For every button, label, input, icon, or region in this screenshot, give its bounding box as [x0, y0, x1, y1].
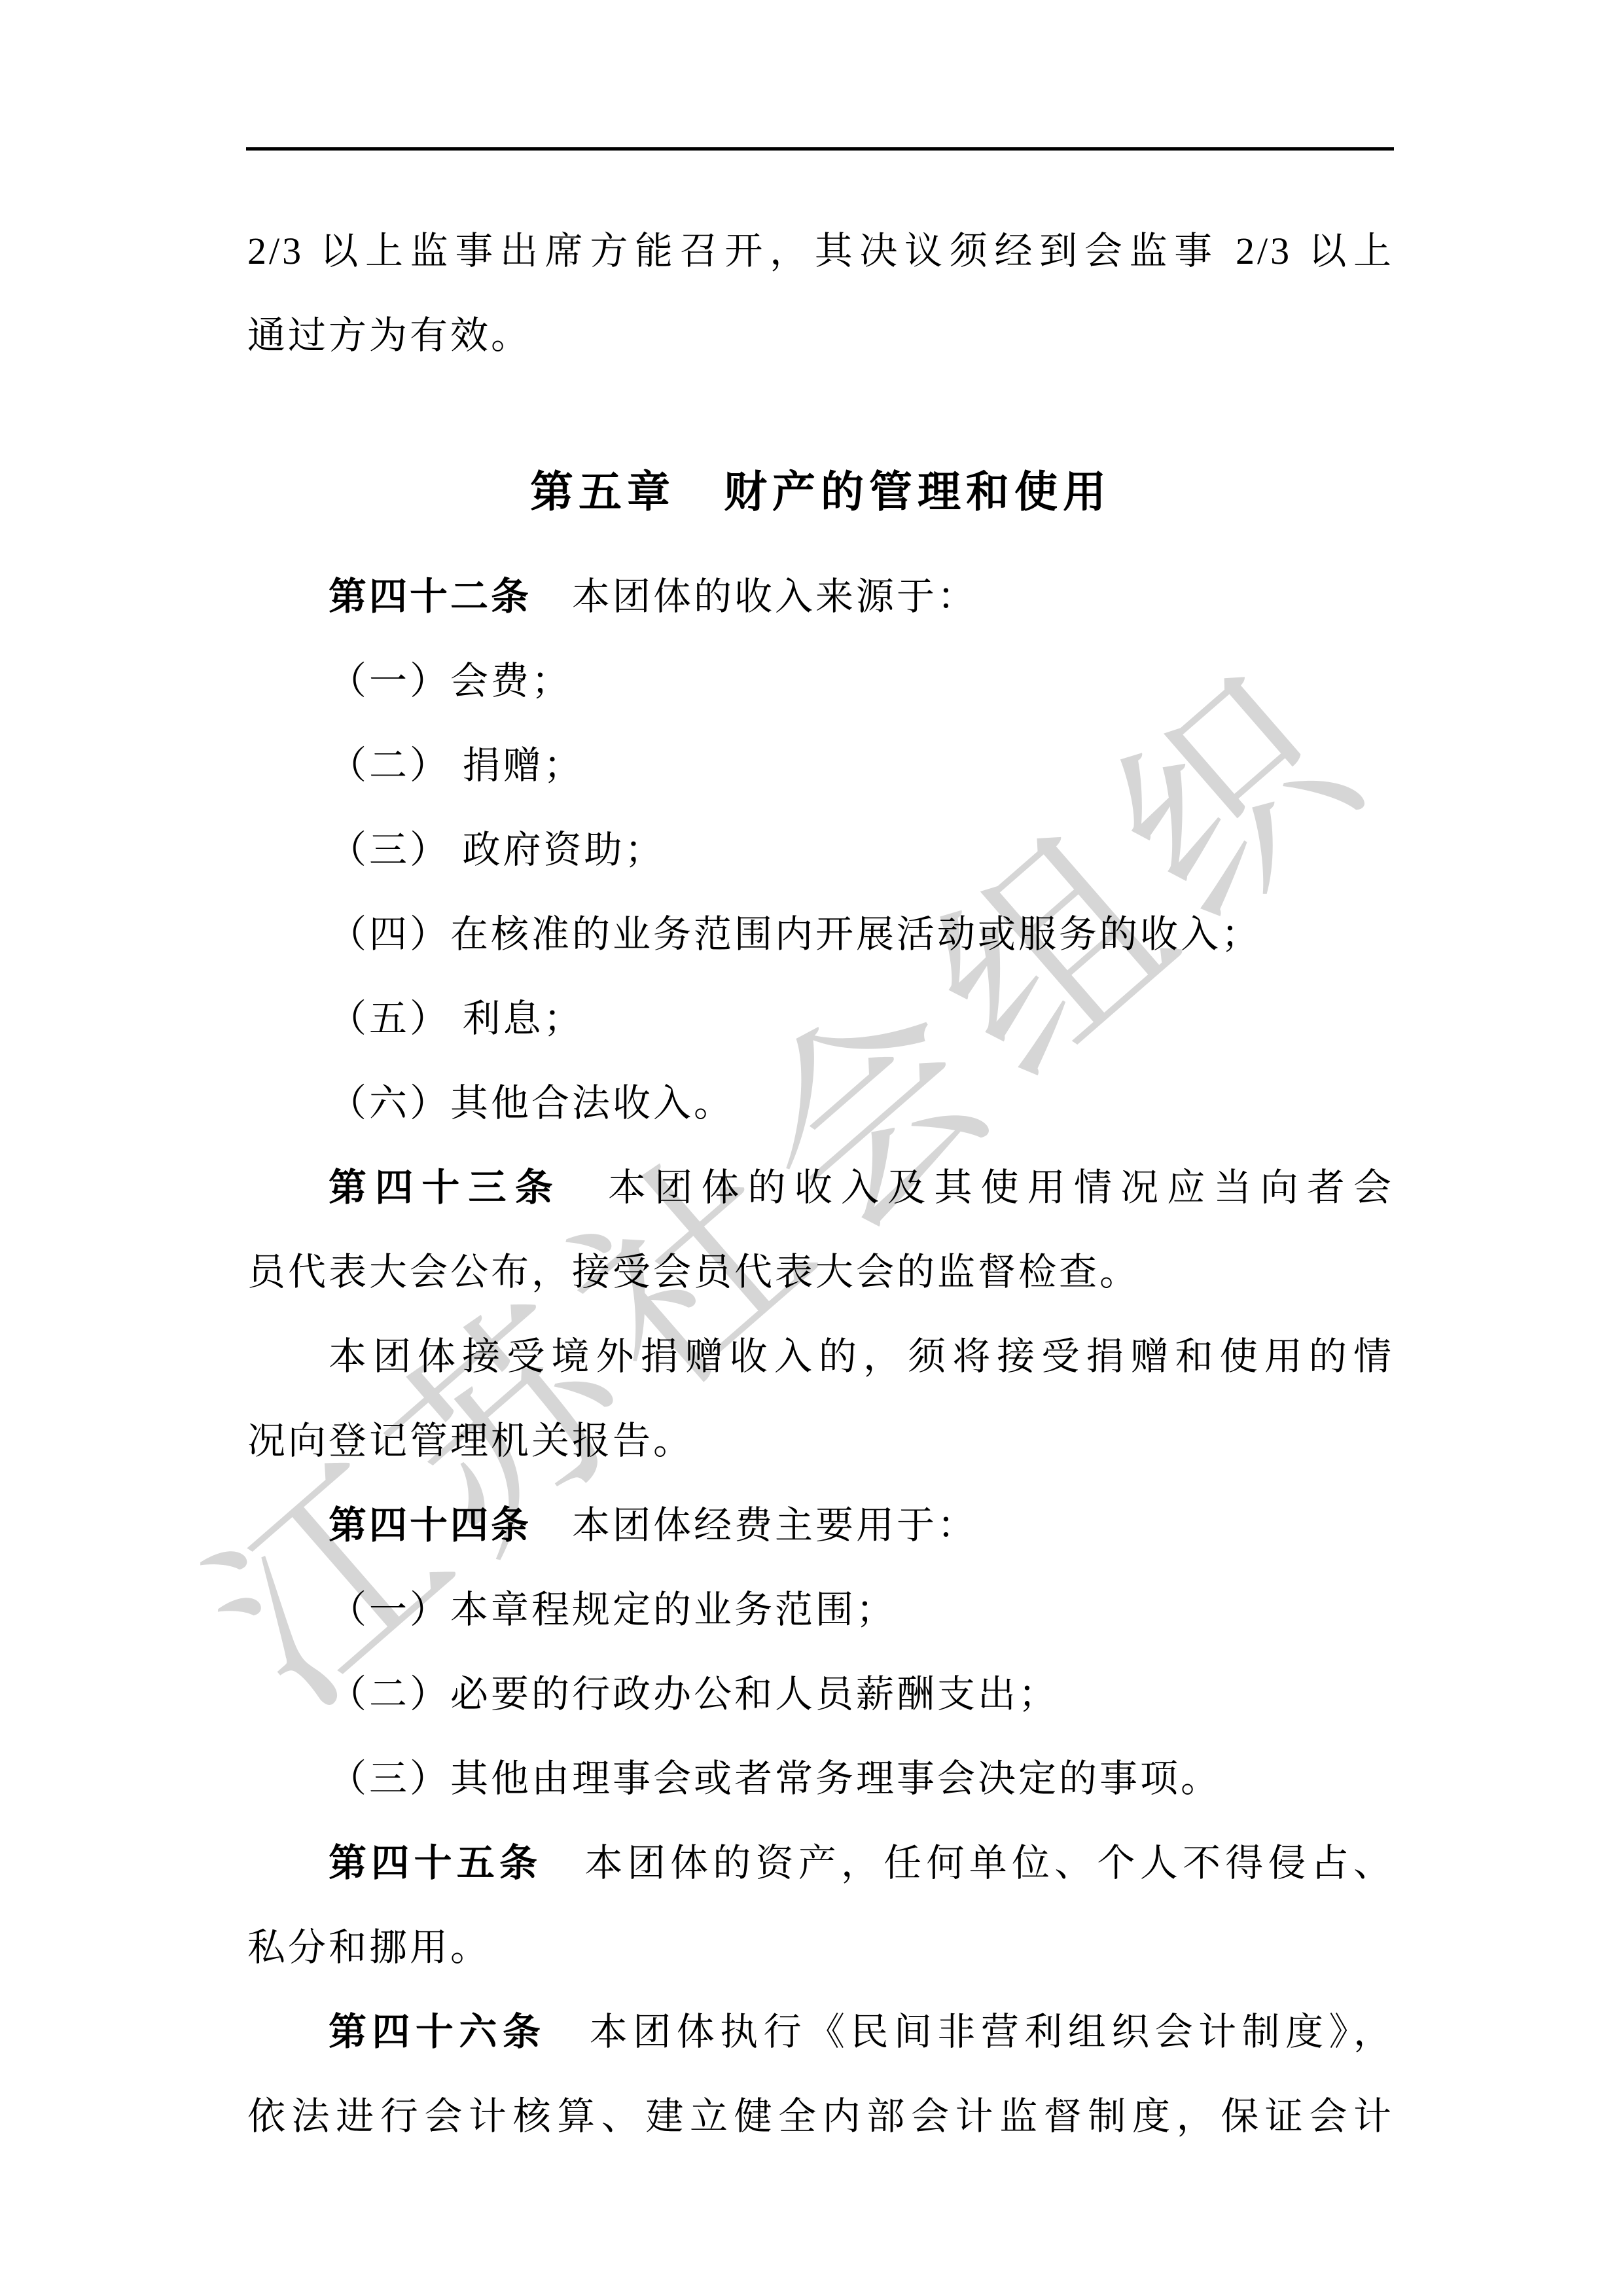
- text-line: （三）其他由理事会或者常务理事会决定的事项。: [247, 1755, 1394, 1803]
- line-text: （一）会费；: [329, 660, 572, 702]
- text-line: 2/3 以上监事出席方能召开，其决议须经到会监事 2/3 以上: [247, 228, 1394, 275]
- line-text: 本团体接受境外捐赠收入的，须将接受捐赠和使用的情: [329, 1335, 1394, 1378]
- line-text: 本团体执行《民间非营利组织会计制度》，: [546, 2011, 1394, 2053]
- text-line: 依法进行会计核算、建立健全内部会计监督制度，保证会计: [247, 2093, 1394, 2140]
- document-body: 第五章 财产的管理和使用 2/3 以上监事出席方能召开，其决议须经到会监事 2/…: [0, 0, 1623, 2296]
- text-line: 第四十四条 本团体经费主要用于：: [247, 1502, 1394, 1549]
- text-line: 况向登记管理机关报告。: [247, 1418, 1394, 1465]
- line-text: 本团体经费主要用于：: [531, 1504, 978, 1547]
- text-line: （二）必要的行政办公和人员薪酬支出；: [247, 1671, 1394, 1718]
- line-text: （一）本章程规定的业务范围；: [329, 1588, 897, 1631]
- line-text: 依法进行会计核算、建立健全内部会计监督制度，保证会计: [247, 2095, 1394, 2138]
- text-line: （五） 利息；: [247, 996, 1394, 1043]
- text-line: 本团体接受境外捐赠收入的，须将接受捐赠和使用的情: [247, 1333, 1394, 1380]
- line-text: 2/3 以上监事出席方能召开，其决议须经到会监事 2/3 以上: [247, 230, 1394, 272]
- line-text: （二） 捐赠；: [329, 744, 584, 787]
- article-number: 第四十五条: [329, 1842, 542, 1884]
- text-line: （六）其他合法收入。: [247, 1080, 1394, 1127]
- article-number: 第四十六条: [329, 2011, 546, 2053]
- text-line: （三） 政府资助；: [247, 827, 1394, 874]
- article-number: 第四十四条: [329, 1504, 531, 1547]
- text-line: 第四十三条 本团体的收入及其使用情况应当向者会: [247, 1164, 1394, 1211]
- article-number: 第四十二条: [329, 575, 531, 618]
- article-number: 第四十三条: [329, 1166, 562, 1209]
- chapter-heading: 第五章 财产的管理和使用: [247, 465, 1394, 518]
- line-text: （三）其他由理事会或者常务理事会决定的事项。: [329, 1757, 1221, 1800]
- line-text: 私分和挪用。: [247, 1926, 491, 1969]
- line-text: 况向登记管理机关报告。: [247, 1420, 694, 1462]
- line-text: 员代表大会公布，接受会员代表大会的监督检查。: [247, 1251, 1140, 1293]
- line-text: （三） 政府资助；: [329, 829, 666, 871]
- text-line: 第四十二条 本团体的收入来源于：: [247, 573, 1394, 620]
- text-line: 第四十五条 本团体的资产，任何单位、个人不得侵占、: [247, 1840, 1394, 1887]
- text-line: 私分和挪用。: [247, 1924, 1394, 1971]
- line-text: 通过方为有效。: [247, 314, 531, 357]
- text-line: （四）在核准的业务范围内开展活动或服务的收入；: [247, 911, 1394, 958]
- document-page: 江苏社会组织 第五章 财产的管理和使用 2/3 以上监事出席方能召开，其决议须经…: [0, 0, 1623, 2296]
- line-text: 本团体的资产，任何单位、个人不得侵占、: [542, 1842, 1394, 1884]
- text-line: 通过方为有效。: [247, 312, 1394, 359]
- line-text: （四）在核准的业务范围内开展活动或服务的收入；: [329, 913, 1262, 956]
- line-text: 本团体的收入来源于：: [531, 575, 978, 618]
- line-text: （六）其他合法收入。: [329, 1082, 734, 1124]
- text-line: （一）本章程规定的业务范围；: [247, 1587, 1394, 1634]
- text-line: （一）会费；: [247, 658, 1394, 705]
- line-text: 本团体的收入及其使用情况应当向者会: [562, 1166, 1394, 1209]
- text-line: 员代表大会公布，接受会员代表大会的监督检查。: [247, 1249, 1394, 1296]
- line-text: （五） 利息；: [329, 997, 584, 1040]
- text-line: 第四十六条 本团体执行《民间非营利组织会计制度》，: [247, 2009, 1394, 2056]
- text-line: （二） 捐赠；: [247, 742, 1394, 789]
- line-text: （二）必要的行政办公和人员薪酬支出；: [329, 1673, 1059, 1715]
